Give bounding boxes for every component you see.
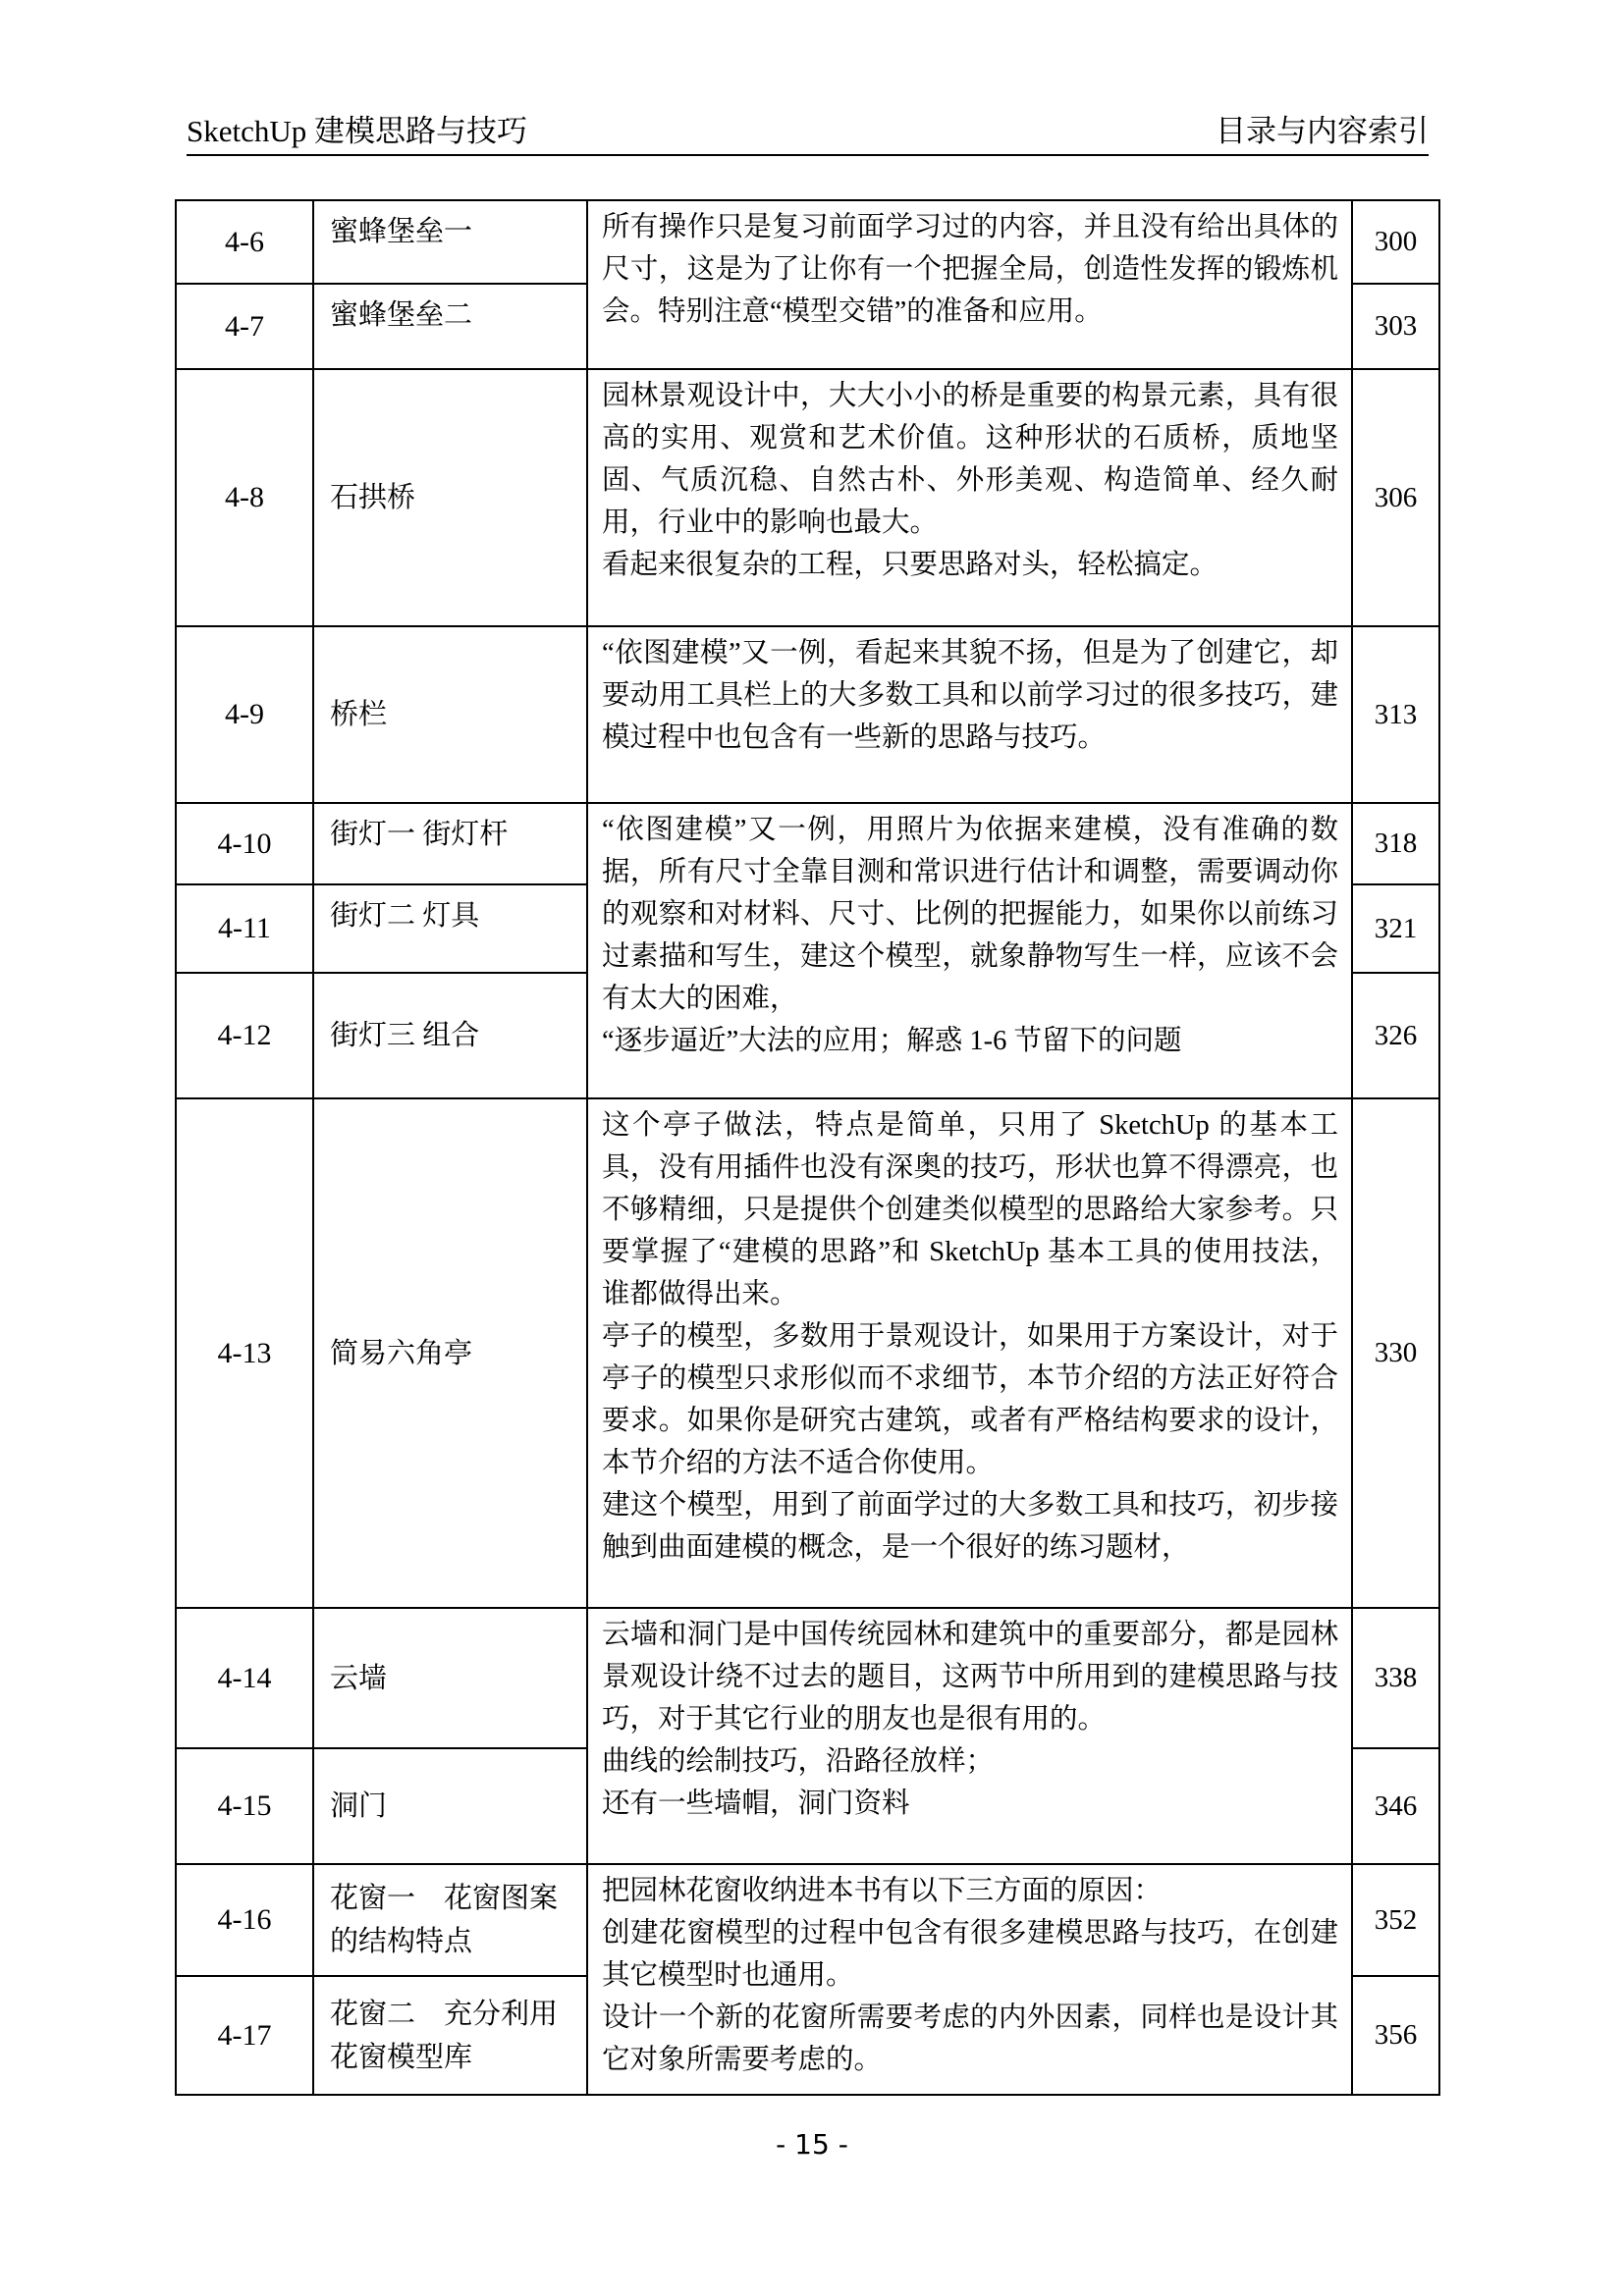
toc-cell-description: 园林景观设计中，大大小小的桥是重要的构景元素，具有很高的实用、观赏和艺术价值。这… <box>587 369 1352 626</box>
description-paragraph: “依图建模”又一例，看起来其貌不扬，但是为了创建它，却要动用工具栏上的大多数工具… <box>602 632 1338 759</box>
toc-cell-page: 326 <box>1352 973 1439 1098</box>
toc-cell-number: 4-13 <box>176 1098 313 1608</box>
toc-cell-number: 4-15 <box>176 1748 313 1864</box>
description-paragraph: 设计一个新的花窗所需要考虑的内外因素，同样也是设计其它对象所需要考虑的。 <box>602 1997 1338 2081</box>
toc-cell-number: 4-6 <box>176 200 313 284</box>
toc-cell-title: 花窗一 花窗图案的结构特点 <box>313 1864 587 1976</box>
toc-cell-number: 4-10 <box>176 803 313 884</box>
toc-cell-title: 街灯三 组合 <box>313 973 587 1098</box>
description-paragraph: 园林景观设计中，大大小小的桥是重要的构景元素，具有很高的实用、观赏和艺术价值。这… <box>602 375 1338 544</box>
toc-table: 4-6 蜜蜂堡垒一 所有操作只是复习前面学习过的内容，并且没有给出具体的尺寸，这… <box>175 199 1440 2096</box>
toc-cell-page: 346 <box>1352 1748 1439 1864</box>
description-paragraph: “依图建模”又一例，用照片为依据来建模，没有准确的数据，所有尺寸全靠目测和常识进… <box>602 809 1338 1020</box>
toc-cell-title: 花窗二 充分利用花窗模型库 <box>313 1976 587 2095</box>
toc-cell-page: 338 <box>1352 1608 1439 1748</box>
description-paragraph: 亭子的模型，多数用于景观设计，如果用于方案设计，对于亭子的模型只求形似而不求细节… <box>602 1315 1338 1484</box>
toc-cell-title: 街灯一 街灯杆 <box>313 803 587 884</box>
document-page: SketchUp 建模思路与技巧 目录与内容索引 4-6 蜜蜂堡垒一 所有操作只… <box>0 0 1624 2296</box>
toc-cell-title: 石拱桥 <box>313 369 587 626</box>
toc-cell-title: 简易六角亭 <box>313 1098 587 1608</box>
description-paragraph: 建这个模型，用到了前面学过的大多数工具和技巧，初步接触到曲面建模的概念，是一个很… <box>602 1484 1338 1569</box>
toc-cell-title: 街灯二 灯具 <box>313 884 587 973</box>
description-paragraph: 把园林花窗收纳进本书有以下三方面的原因： <box>602 1870 1338 1912</box>
toc-row: 4-10 街灯一 街灯杆 “依图建模”又一例，用照片为依据来建模，没有准确的数据… <box>176 803 1439 884</box>
toc-cell-number: 4-8 <box>176 369 313 626</box>
description-paragraph: 所有操作只是复习前面学习过的内容，并且没有给出具体的尺寸，这是为了让你有一个把握… <box>602 206 1338 333</box>
toc-cell-description: “依图建模”又一例，用照片为依据来建模，没有准确的数据，所有尺寸全靠目测和常识进… <box>587 803 1352 1098</box>
toc-cell-page: 300 <box>1352 200 1439 284</box>
description-paragraph: 看起来很复杂的工程，只要思路对头，轻松搞定。 <box>602 544 1338 586</box>
toc-cell-title: 桥栏 <box>313 626 587 803</box>
description-paragraph: “逐步逼近”大法的应用；解惑 1-6 节留下的问题 <box>602 1020 1338 1062</box>
description-paragraph: 曲线的绘制技巧，沿路径放样； <box>602 1740 1338 1783</box>
description-paragraph: 云墙和洞门是中国传统园林和建筑中的重要部分，都是园林景观设计绕不过去的题目，这两… <box>602 1614 1338 1740</box>
toc-cell-title: 蜜蜂堡垒一 <box>313 200 587 284</box>
toc-row: 4-14 云墙 云墙和洞门是中国传统园林和建筑中的重要部分，都是园林景观设计绕不… <box>176 1608 1439 1748</box>
toc-cell-title: 洞门 <box>313 1748 587 1864</box>
toc-cell-title: 云墙 <box>313 1608 587 1748</box>
toc-cell-description: 把园林花窗收纳进本书有以下三方面的原因： 创建花窗模型的过程中包含有很多建模思路… <box>587 1864 1352 2095</box>
toc-row: 4-9 桥栏 “依图建模”又一例，看起来其貌不扬，但是为了创建它，却要动用工具栏… <box>176 626 1439 803</box>
toc-cell-page: 306 <box>1352 369 1439 626</box>
description-paragraph: 这个亭子做法，特点是简单，只用了 SketchUp 的基本工具，没有用插件也没有… <box>602 1104 1338 1315</box>
toc-cell-page: 352 <box>1352 1864 1439 1976</box>
toc-cell-page: 321 <box>1352 884 1439 973</box>
description-paragraph: 还有一些墙帽，洞门资料 <box>602 1783 1338 1825</box>
toc-cell-page: 318 <box>1352 803 1439 884</box>
toc-cell-description: 云墙和洞门是中国传统园林和建筑中的重要部分，都是园林景观设计绕不过去的题目，这两… <box>587 1608 1352 1864</box>
toc-cell-page: 330 <box>1352 1098 1439 1608</box>
book-title: SketchUp 建模思路与技巧 <box>187 114 527 149</box>
toc-cell-number: 4-11 <box>176 884 313 973</box>
running-header: SketchUp 建模思路与技巧 目录与内容索引 <box>187 114 1429 156</box>
toc-cell-title: 蜜蜂堡垒二 <box>313 284 587 369</box>
toc-cell-page: 303 <box>1352 284 1439 369</box>
toc-row: 4-8 石拱桥 园林景观设计中，大大小小的桥是重要的构景元素，具有很高的实用、观… <box>176 369 1439 626</box>
page-number-footer: - 15 - <box>0 2128 1624 2161</box>
toc-cell-number: 4-9 <box>176 626 313 803</box>
toc-cell-number: 4-14 <box>176 1608 313 1748</box>
toc-row: 4-6 蜜蜂堡垒一 所有操作只是复习前面学习过的内容，并且没有给出具体的尺寸，这… <box>176 200 1439 284</box>
toc-cell-page: 356 <box>1352 1976 1439 2095</box>
toc-cell-description: 所有操作只是复习前面学习过的内容，并且没有给出具体的尺寸，这是为了让你有一个把握… <box>587 200 1352 369</box>
toc-cell-description: “依图建模”又一例，看起来其貌不扬，但是为了创建它，却要动用工具栏上的大多数工具… <box>587 626 1352 803</box>
toc-row: 4-16 花窗一 花窗图案的结构特点 把园林花窗收纳进本书有以下三方面的原因： … <box>176 1864 1439 1976</box>
toc-cell-number: 4-7 <box>176 284 313 369</box>
toc-cell-number: 4-17 <box>176 1976 313 2095</box>
section-title: 目录与内容索引 <box>1216 114 1429 149</box>
toc-row: 4-13 简易六角亭 这个亭子做法，特点是简单，只用了 SketchUp 的基本… <box>176 1098 1439 1608</box>
toc-cell-number: 4-16 <box>176 1864 313 1976</box>
toc-cell-number: 4-12 <box>176 973 313 1098</box>
toc-cell-page: 313 <box>1352 626 1439 803</box>
description-paragraph: 创建花窗模型的过程中包含有很多建模思路与技巧，在创建其它模型时也通用。 <box>602 1912 1338 1997</box>
toc-cell-description: 这个亭子做法，特点是简单，只用了 SketchUp 的基本工具，没有用插件也没有… <box>587 1098 1352 1608</box>
